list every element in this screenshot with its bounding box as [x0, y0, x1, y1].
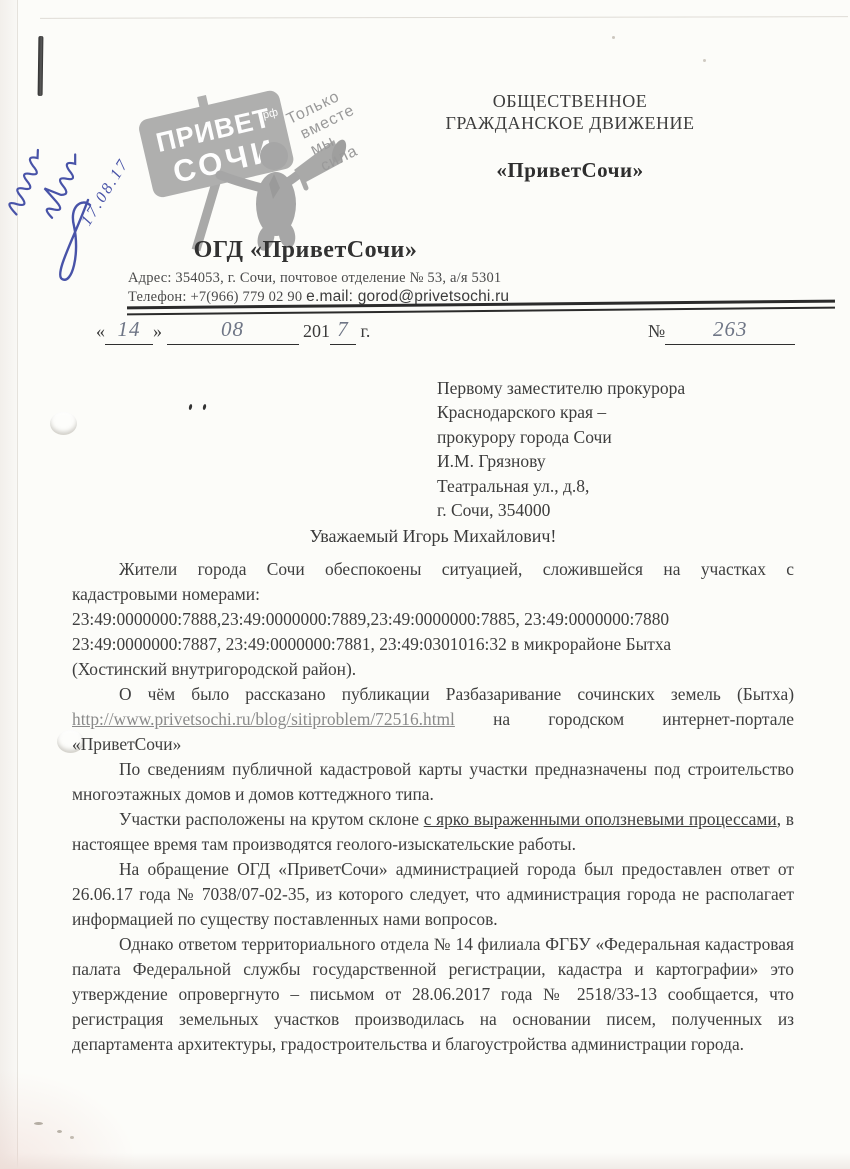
movement-line-1: ОБЩЕСТВЕННОЕ	[390, 90, 750, 112]
year-prefix: 201	[303, 321, 330, 341]
handwritten-year-digit: 7	[337, 317, 349, 341]
salutation: Уважаемый Игорь Михайлович!	[72, 526, 794, 547]
handwritten-number: 263	[713, 317, 748, 341]
scanned-letter-page: 17.08.17 ПРИВЕТ СОЧИ рф	[0, 0, 850, 1169]
paragraph-1-line: (Хостинский внутригородской район).	[72, 657, 794, 682]
paragraph-4-text: Участки расположены на крутом склоне	[119, 809, 424, 829]
scan-speck	[34, 1122, 43, 1125]
addressee-line: г. Сочи, 354000	[437, 498, 685, 522]
movement-header: ОБЩЕСТВЕННОЕ ГРАЖДАНСКОЕ ДВИЖЕНИЕ	[390, 90, 750, 134]
publication-link[interactable]: http://www.privetsochi.ru/blog/sitiprobl…	[72, 709, 455, 729]
date-line: «14» 08 2017 г.	[96, 318, 370, 345]
letter-body: Жители города Сочи обеспокоены ситуацией…	[72, 557, 794, 1057]
movement-line-2: ГРАЖДАНСКОЕ ДВИЖЕНИЕ	[390, 112, 750, 134]
addressee-line: прокурору города Сочи	[437, 425, 685, 449]
ink-speck	[202, 404, 206, 411]
paragraph-5: На обращение ОГД «ПриветСочи» администра…	[72, 857, 794, 932]
scan-bottom-left-tint	[0, 1069, 140, 1169]
close-quote: »	[153, 321, 162, 341]
handwritten-day: 14	[118, 317, 141, 341]
signature-scribble: 17.08.17	[1, 117, 132, 253]
paragraph-2: О чём было рассказано публикации Разбаза…	[72, 682, 794, 757]
number-line: №263	[648, 318, 795, 345]
handwritten-month: 08	[221, 317, 244, 341]
org-phone-number: Телефон: +7(966) 779 02 90	[128, 289, 302, 305]
org-title: ОГД «ПриветСочи»	[128, 237, 483, 264]
scan-speck	[703, 59, 706, 62]
scan-speck	[612, 36, 615, 39]
underlined-phrase: с ярко выраженными оползневыми процессам…	[424, 809, 777, 829]
open-quote: «	[96, 321, 105, 341]
cadastral-numbers-line: 23:49:0000000:7888,23:49:0000000:7889,23…	[72, 607, 794, 632]
paragraph-3: По сведениям публичной кадастровой карты…	[72, 757, 794, 807]
paragraph-4: Участки расположены на крутом склоне с я…	[72, 807, 794, 857]
paragraph-1-line: Жители города Сочи обеспокоены ситуацией…	[72, 557, 794, 582]
punch-hole	[50, 412, 77, 435]
movement-name: «ПриветСочи»	[390, 158, 750, 183]
addressee-line: Краснодарского края –	[437, 400, 685, 424]
paragraph-1-line: кадастровыми номерами:	[72, 582, 794, 607]
org-address: Адрес: 354053, г. Сочи, почтовое отделен…	[128, 270, 501, 287]
addressee-line: Первому заместителю прокурора	[437, 376, 685, 400]
number-label: №	[648, 321, 665, 341]
paragraph-2-text: О чём было рассказано публикации Разбаза…	[119, 684, 794, 704]
addressee-line: Театральная ул., д.8,	[437, 474, 685, 498]
addressee-block: Первому заместителю прокурора Краснодарс…	[437, 376, 685, 522]
cadastral-numbers-line: 23:49:0000000:7887, 23:49:0000000:7881, …	[72, 632, 794, 657]
ink-speck	[188, 404, 192, 411]
scan-speck	[57, 1130, 62, 1133]
scan-top-crease	[40, 16, 848, 19]
year-suffix: г.	[361, 321, 371, 341]
scan-speck	[70, 1136, 74, 1139]
addressee-line: И.М. Грязнову	[437, 449, 685, 473]
paragraph-6: Однако ответом территориального отдела №…	[72, 932, 794, 1057]
